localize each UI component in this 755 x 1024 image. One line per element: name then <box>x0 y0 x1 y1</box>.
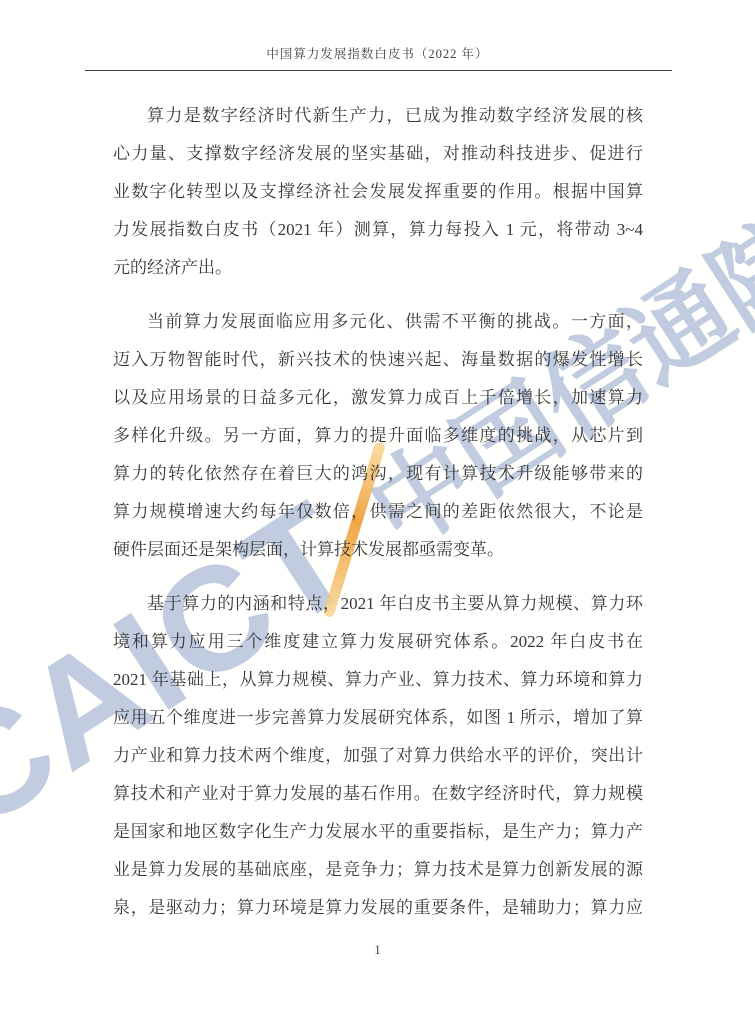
text-line: 当前算力发展面临应用多元化、供需不平衡的挑战。一方面， <box>113 303 643 341</box>
text-line: 迈入万物智能时代，新兴技术的快速兴起、海量数据的爆发性增长 <box>113 341 643 379</box>
paragraph: 基于算力的内涵和特点，2021 年白皮书主要从算力规模、算力环境和算力应用三个维… <box>113 585 643 927</box>
header-rule <box>85 70 672 71</box>
header-title: 中国算力发展指数白皮书（2022 年） <box>0 44 755 62</box>
text-line: 业是算力发展的基础底座，是竞争力；算力技术是算力创新发展的源 <box>113 851 643 889</box>
text-line: 力产业和算力技术两个维度，加强了对算力供给水平的评价，突出计 <box>113 737 643 775</box>
text-line: 以及应用场景的日益多元化，激发算力成百上千倍增长，加速算力 <box>113 379 643 417</box>
paragraph: 算力是数字经济时代新生产力，已成为推动数字经济发展的核心力量、支撑数字经济发展的… <box>113 97 643 287</box>
text-line: 心力量、支撑数字经济发展的坚实基础，对推动科技进步、促进行 <box>113 135 643 173</box>
text-line: 硬件层面还是架构层面，计算技术发展都亟需变革。 <box>113 531 643 569</box>
text-line: 泉，是驱动力；算力环境是算力发展的重要条件，是辅助力；算力应 <box>113 889 643 927</box>
document-page: CAICT 中国信通院 中国算力发展指数白皮书（2022 年） 算力是数字经济时… <box>0 0 755 1024</box>
text-line: 境和算力应用三个维度建立算力发展研究体系。2022 年白皮书在 <box>113 623 643 661</box>
text-line: 多样化升级。另一方面，算力的提升面临多维度的挑战，从芯片到 <box>113 417 643 455</box>
text-line: 2021 年基础上，从算力规模、算力产业、算力技术、算力环境和算力 <box>113 661 643 699</box>
text-line: 业数字化转型以及支撑经济社会发展发挥重要的作用。根据中国算 <box>113 173 643 211</box>
text-line: 是国家和地区数字化生产力发展水平的重要指标，是生产力；算力产 <box>113 813 643 851</box>
body-text: 算力是数字经济时代新生产力，已成为推动数字经济发展的核心力量、支撑数字经济发展的… <box>113 97 643 927</box>
text-line: 应用五个维度进一步完善算力发展研究体系，如图 1 所示，增加了算 <box>113 699 643 737</box>
text-line: 算力规模增速大约每年仅数倍，供需之间的差距依然很大，不论是 <box>113 493 643 531</box>
page-footer: 1 <box>0 941 755 959</box>
text-line: 算力的转化依然存在着巨大的鸿沟，现有计算技术升级能够带来的 <box>113 455 643 493</box>
paragraph: 当前算力发展面临应用多元化、供需不平衡的挑战。一方面，迈入万物智能时代，新兴技术… <box>113 303 643 569</box>
page-header: 中国算力发展指数白皮书（2022 年） <box>0 0 755 62</box>
text-line: 算力是数字经济时代新生产力，已成为推动数字经济发展的核 <box>113 97 643 135</box>
text-line: 算技术和产业对于算力发展的基石作用。在数字经济时代，算力规模 <box>113 775 643 813</box>
page-number: 1 <box>374 942 381 957</box>
text-line: 元的经济产出。 <box>113 249 643 287</box>
text-line: 基于算力的内涵和特点，2021 年白皮书主要从算力规模、算力环 <box>113 585 643 623</box>
text-line: 力发展指数白皮书（2021 年）测算，算力每投入 1 元，将带动 3~4 <box>113 211 643 249</box>
